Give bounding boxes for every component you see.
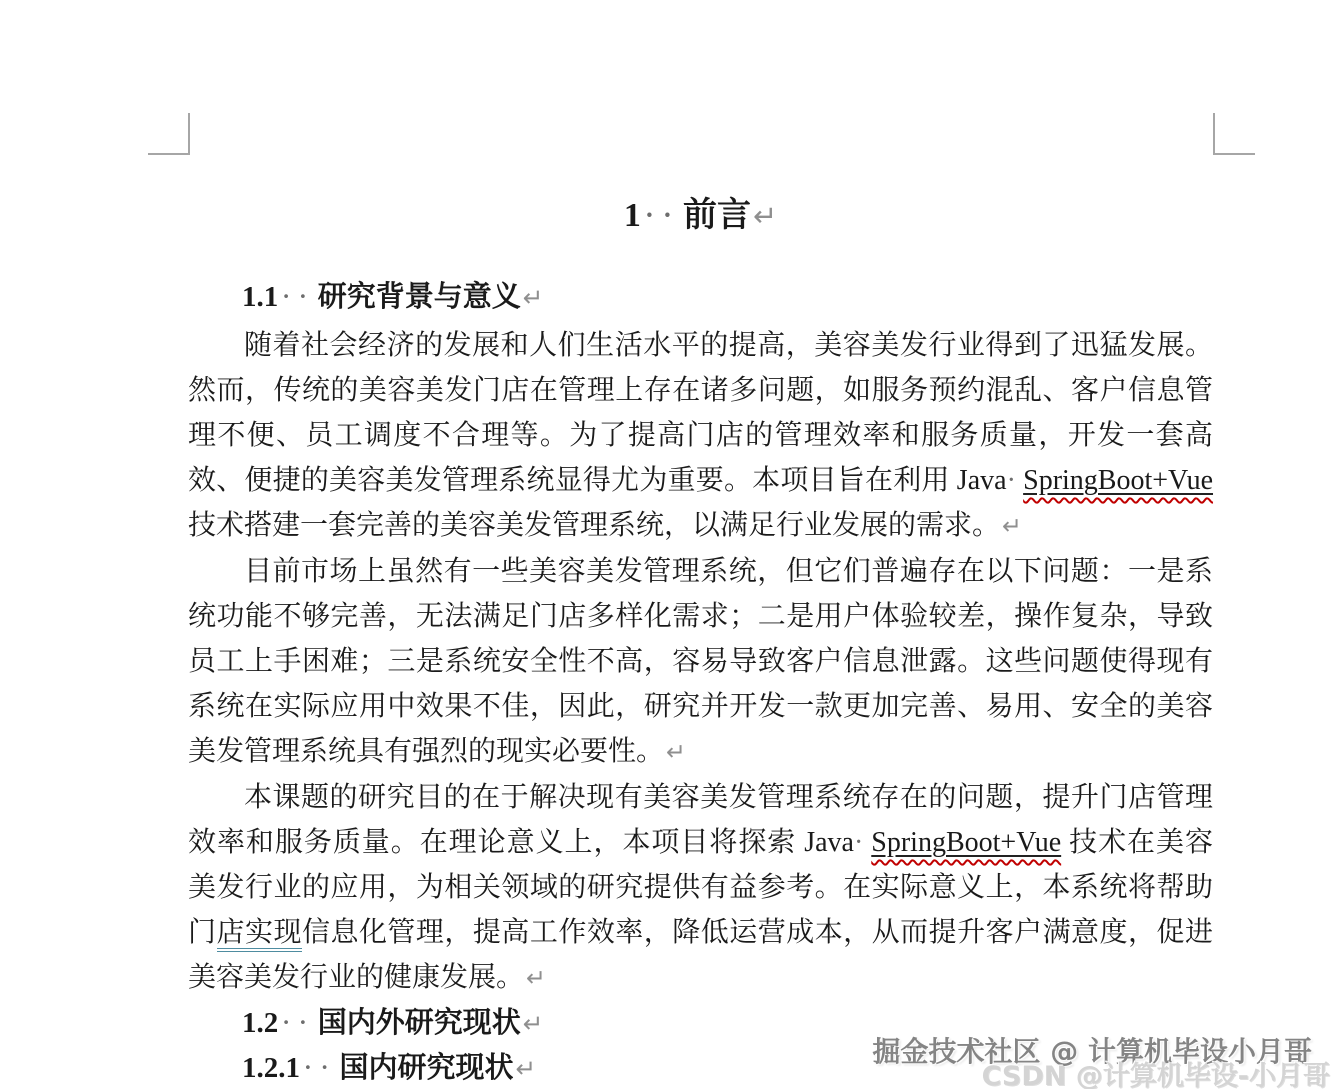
paragraph-mark-icon: ↵	[666, 738, 686, 766]
chapter-title-text: 前言	[683, 197, 751, 234]
grammar-check-underlined-text: 店实现	[217, 917, 302, 952]
document-body: 1··前言↵ 1.1··研究背景与意义↵ 随着社会经济的发展和人们生活水平的提高…	[188, 0, 1213, 1089]
word-document-page: { "document": { "title": { "number": "1"…	[0, 0, 1338, 1089]
paragraph-text: 目前市场上虽然有一些美容美发管理系统，但它们普遍存在以下问题：一是系统功能不够完…	[188, 556, 1213, 767]
section-heading-text: 国内外研究现状	[318, 1007, 521, 1039]
section-number: 1.1	[242, 281, 278, 313]
space-formatting-marks: ··	[645, 200, 681, 230]
spellcheck-squiggle-text: SpringBoot+Vue	[1023, 465, 1213, 496]
paragraph-mark-icon: ↵	[515, 1054, 536, 1083]
section-heading-text: 国内研究现状	[339, 1052, 513, 1084]
section-heading-text: 研究背景与意义	[318, 281, 521, 313]
paragraph-mark-icon: ↵	[753, 199, 777, 233]
paragraph-mark-icon: ↵	[523, 283, 544, 312]
body-paragraph-2: 目前市场上虽然有一些美容美发管理系统，但它们普遍存在以下问题：一是系统功能不够完…	[188, 549, 1213, 775]
space-formatting-mark: ·	[1007, 465, 1016, 496]
body-paragraph-3: 本课题的研究目的在于解决现有美容美发管理系统存在的问题，提升门店管理效率和服务质…	[188, 775, 1213, 1001]
paragraph-mark-icon: ↵	[523, 1009, 544, 1038]
margin-crop-mark-top-left	[148, 113, 190, 155]
space-formatting-marks: ··	[282, 1010, 315, 1036]
margin-crop-mark-top-right	[1213, 113, 1255, 155]
chapter-number: 1	[624, 197, 641, 234]
space-formatting-marks: ··	[304, 1055, 337, 1081]
section-number: 1.2	[242, 1007, 278, 1039]
space-formatting-mark: ·	[854, 827, 863, 858]
space-formatting-marks: ··	[282, 284, 315, 310]
section-number: 1.2.1	[242, 1052, 300, 1084]
paragraph-mark-icon: ↵	[1002, 512, 1022, 540]
spellcheck-squiggle-text: SpringBoot+Vue	[871, 827, 1061, 858]
chapter-title: 1··前言↵	[188, 192, 1213, 239]
watermark-csdn: CSDN @计算机毕设-小月哥	[982, 1054, 1330, 1089]
section-heading-1-1: 1.1··研究背景与意义↵	[188, 275, 1213, 320]
tech-term-underlined: SpringBoot+Vue	[1023, 465, 1213, 496]
paragraph-text: 技术搭建一套完善的美容美发管理系统，以满足行业发展的需求。	[188, 510, 1000, 541]
tech-term-underlined: SpringBoot+Vue	[871, 827, 1061, 858]
paragraph-mark-icon: ↵	[526, 964, 546, 992]
body-paragraph-1: 随着社会经济的发展和人们生活水平的提高，美容美发行业得到了迅猛发展。然而，传统的…	[188, 323, 1213, 549]
paragraph-text: 信息化管理，提高工作效率，降低运营成本，从而提升客户满意度，促进美容美发行业的健…	[188, 917, 1213, 993]
